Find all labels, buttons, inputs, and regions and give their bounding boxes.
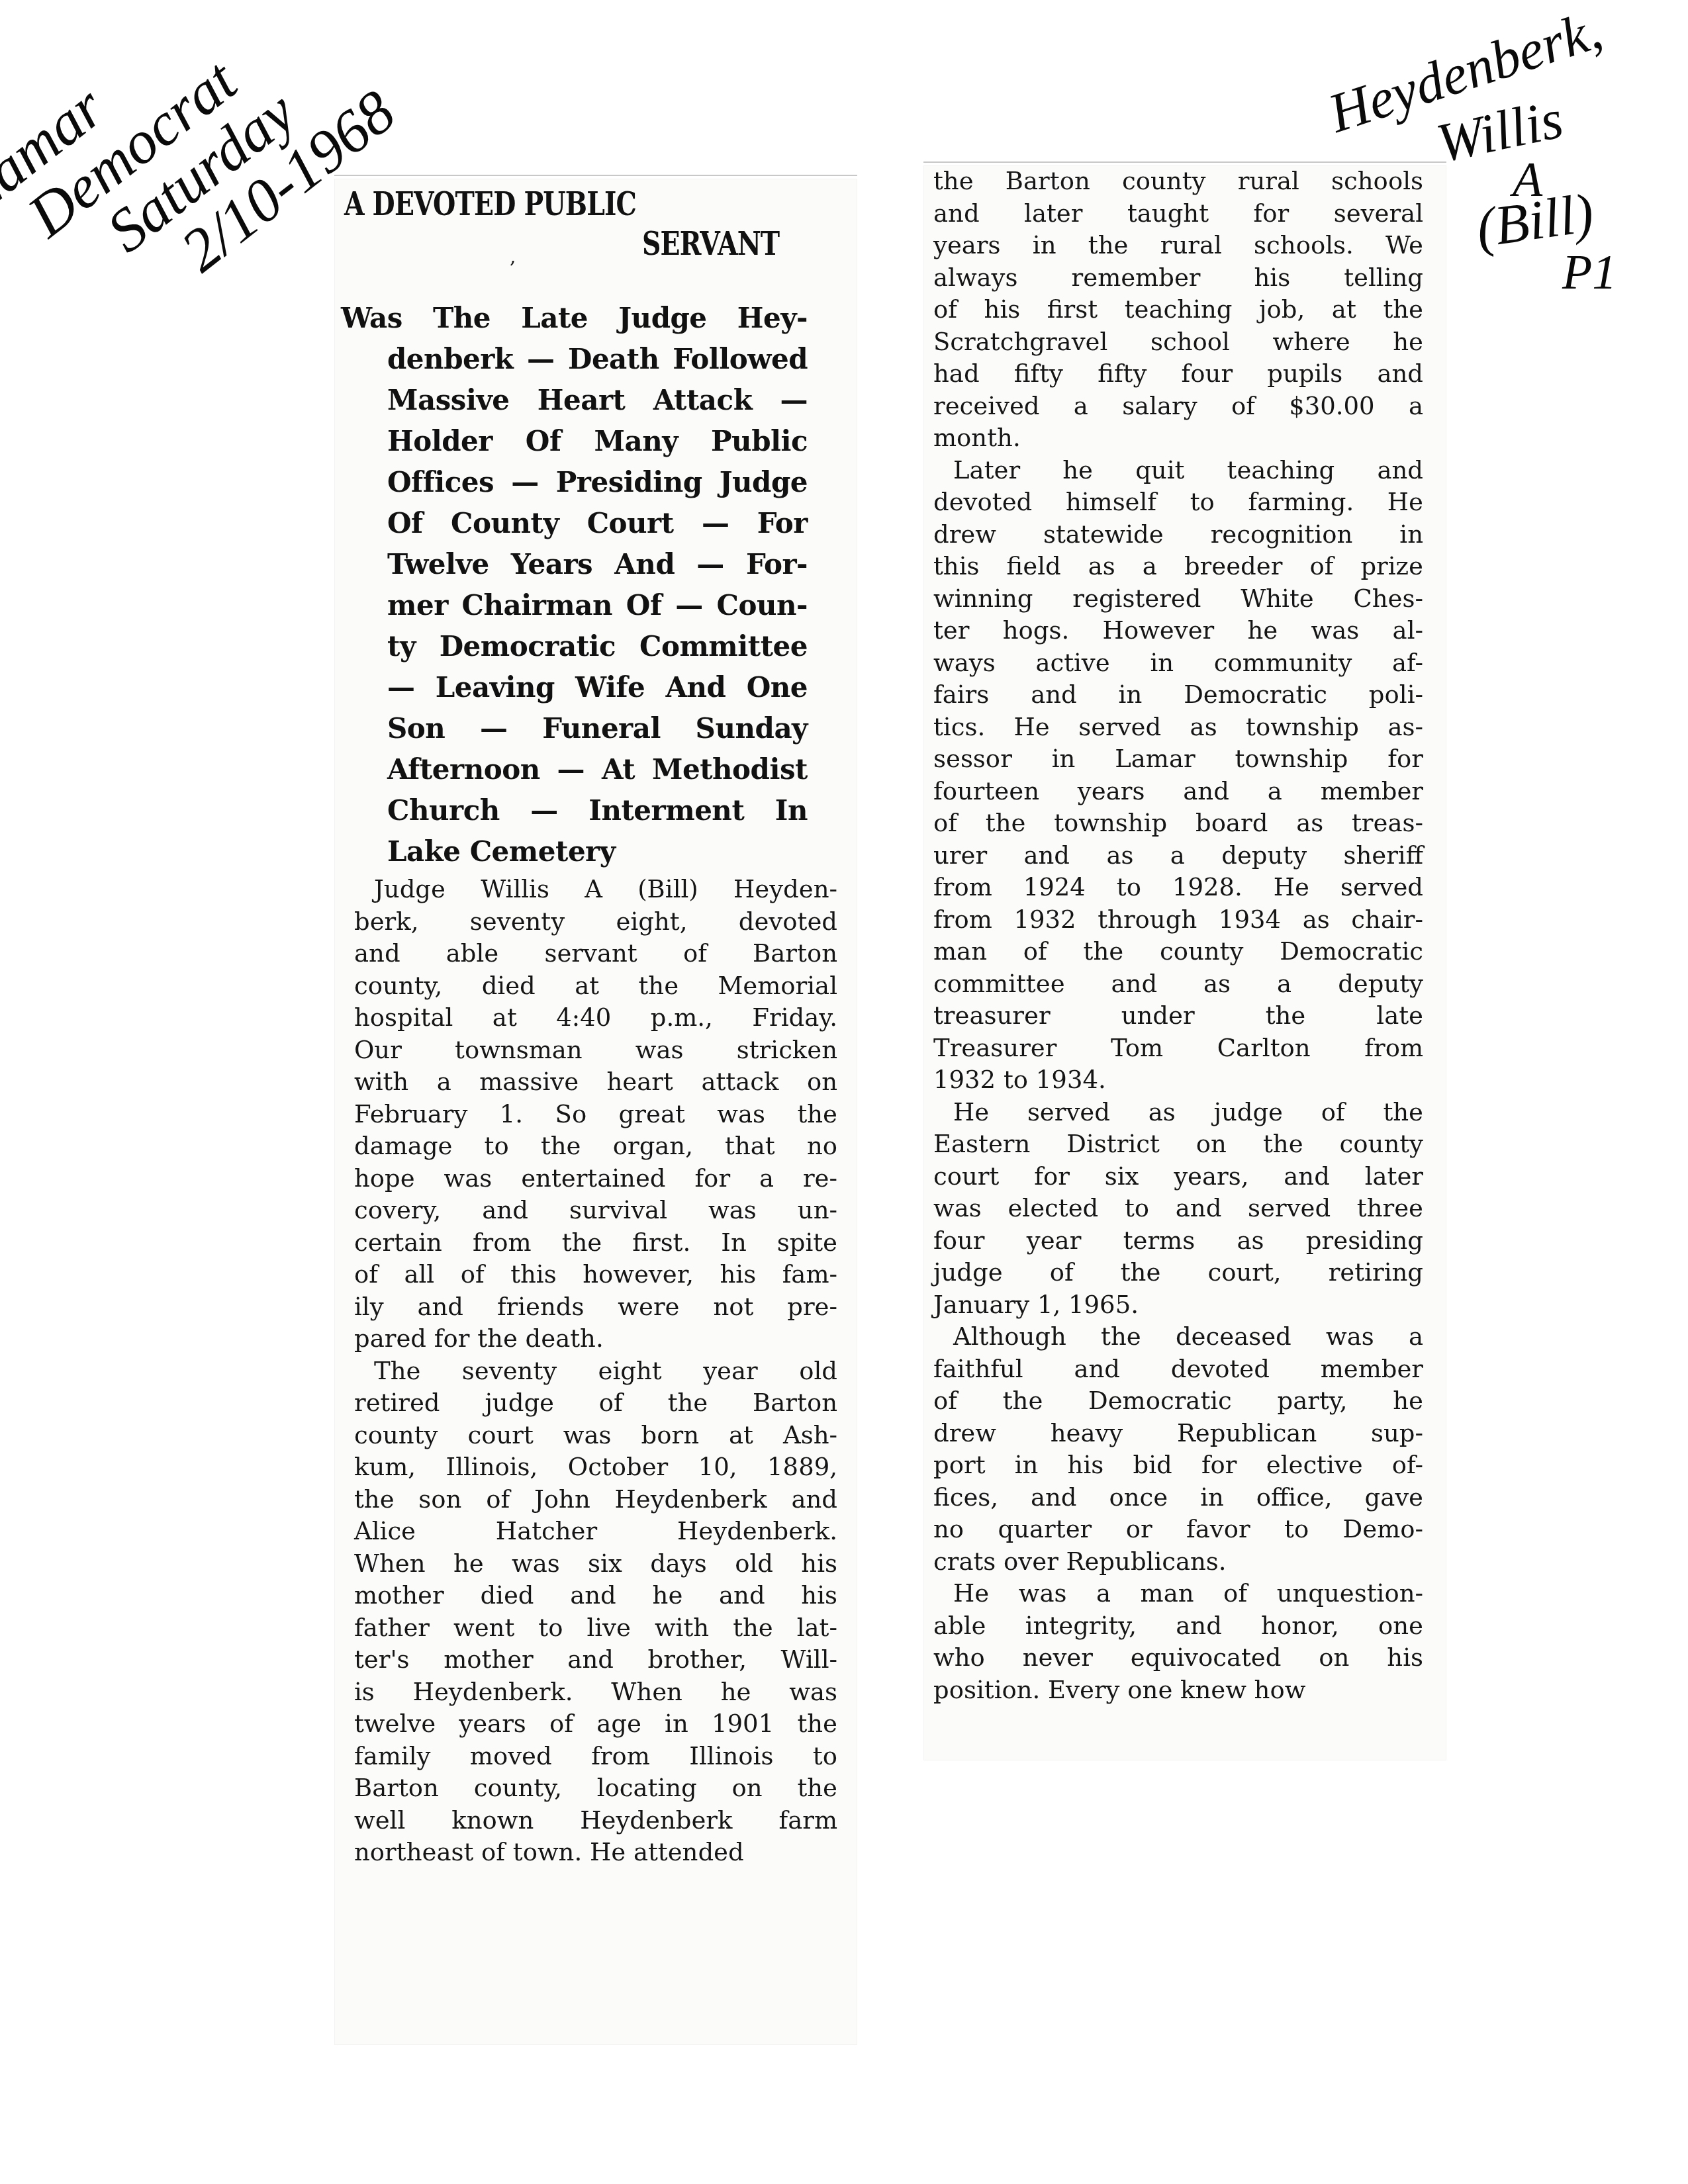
subheadline-deck: Was The Late Judge Hey-denberk — Death F…: [387, 298, 808, 872]
article-text-line: Judge Willis A (Bill) Heyden-: [354, 874, 837, 906]
deck-line: Lake Cemetery: [387, 831, 808, 872]
article-text-line: family moved from Illinois to: [354, 1741, 837, 1773]
article-text-line: is Heydenberk. When he was: [354, 1676, 837, 1709]
deck-line: Holder Of Many Public: [387, 421, 808, 462]
article-text-line: from 1932 through 1934 as chair-: [933, 904, 1423, 936]
handwritten-line: P1: [1562, 245, 1617, 301]
article-text-line: had fifty fifty four pupils and: [933, 358, 1423, 390]
article-text-line: urer and as a deputy sheriff: [933, 840, 1423, 872]
article-text-line: hospital at 4:40 p.m., Friday.: [354, 1002, 837, 1034]
article-text-line: northeast of town. He attended: [354, 1837, 837, 1869]
article-text-line: of his first teaching job, at the: [933, 294, 1423, 326]
article-text-line: berk, seventy eight, devoted: [354, 906, 837, 938]
article-text-line: covery, and survival was un-: [354, 1195, 837, 1227]
article-text-line: Alice Hatcher Heydenberk.: [354, 1516, 837, 1548]
article-text-line: certain from the first. In spite: [354, 1227, 837, 1259]
article-text-line: and able servant of Barton: [354, 938, 837, 970]
article-text-line: crats over Republicans.: [933, 1546, 1423, 1578]
article-text-line: court for six years, and later: [933, 1161, 1423, 1193]
article-text-line: Treasurer Tom Carlton from: [933, 1032, 1423, 1065]
deck-line: Afternoon — At Methodist: [387, 749, 808, 790]
article-text-line: who never equivocated on his: [933, 1642, 1423, 1674]
article-text-line: mother died and he and his: [354, 1580, 837, 1612]
article-text-line: judge of the court, retiring: [933, 1257, 1423, 1289]
article-text-line: He served as judge of the: [933, 1097, 1423, 1129]
article-text-line: twelve years of age in 1901 the: [354, 1708, 837, 1741]
article-text-line: from 1924 to 1928. He served: [933, 872, 1423, 904]
article-text-line: this field as a breeder of prize: [933, 551, 1423, 583]
article-body-column-2: the Barton county rural schoolsand later…: [933, 165, 1423, 1706]
article-text-line: When he was six days old his: [354, 1548, 837, 1580]
deck-line: denberk — Death Followed: [387, 339, 808, 380]
article-text-line: Barton county, locating on the: [354, 1772, 837, 1805]
article-text-line: no quarter or favor to Demo-: [933, 1514, 1423, 1546]
article-text-line: winning registered White Ches-: [933, 583, 1423, 615]
article-text-line: drew heavy Republican sup-: [933, 1418, 1423, 1450]
article-text-line: He was a man of unquestion-: [933, 1578, 1423, 1610]
article-text-line: and later taught for several: [933, 198, 1423, 230]
article-text-line: treasurer under the late: [933, 1000, 1423, 1032]
article-text-line: received a salary of $30.00 a: [933, 390, 1423, 423]
article-text-line: man of the county Democratic: [933, 936, 1423, 968]
article-text-line: sessor in Lamar township for: [933, 743, 1423, 776]
headline-line-2: SERVANT: [642, 225, 779, 263]
article-text-line: hope was entertained for a re-: [354, 1163, 837, 1195]
article-text-line: father went to live with the lat-: [354, 1612, 837, 1645]
article-text-line: county court was born at Ash-: [354, 1420, 837, 1452]
article-text-line: kum, Illinois, October 10, 1889,: [354, 1451, 837, 1484]
article-text-line: fairs and in Democratic poli-: [933, 679, 1423, 711]
deck-line: ty Democratic Committee: [387, 626, 808, 667]
article-text-line: with a massive heart attack on: [354, 1066, 837, 1099]
article-text-line: well known Heydenberk farm: [354, 1805, 837, 1837]
article-clipping-right: the Barton county rural schoolsand later…: [923, 165, 1446, 1760]
article-text-line: committee and as a deputy: [933, 968, 1423, 1001]
article-text-line: ways active in community af-: [933, 647, 1423, 680]
article-text-line: damage to the organ, that no: [354, 1130, 837, 1163]
deck-line: Was The Late Judge Hey-: [341, 298, 808, 339]
article-text-line: February 1. So great was the: [354, 1099, 837, 1131]
article-text-line: 1932 to 1934.: [933, 1064, 1423, 1097]
article-text-line: The seventy eight year old: [354, 1355, 837, 1388]
article-text-line: fices, and once in office, gave: [933, 1482, 1423, 1514]
deck-line: — Leaving Wife And One: [387, 667, 808, 708]
article-text-line: the son of John Heydenberk and: [354, 1484, 837, 1516]
article-text-line: port in his bid for elective of-: [933, 1449, 1423, 1482]
article-text-line: of the township board as treas-: [933, 807, 1423, 840]
deck-line: Of County Court — For: [387, 503, 808, 544]
article-text-line: Scratchgravel school where he: [933, 326, 1423, 359]
deck-line: Church — Interment In: [387, 790, 808, 831]
article-text-line: January 1, 1965.: [933, 1289, 1423, 1322]
article-text-line: month.: [933, 422, 1423, 455]
article-text-line: retired judge of the Barton: [354, 1387, 837, 1420]
article-text-line: ter hogs. However he was al-: [933, 615, 1423, 647]
article-text-line: Although the deceased was a: [933, 1321, 1423, 1353]
article-text-line: Our townsman was stricken: [354, 1034, 837, 1067]
deck-line: Massive Heart Attack —: [387, 380, 808, 421]
article-text-line: four year terms as presiding: [933, 1225, 1423, 1257]
article-text-line: Eastern District on the county: [933, 1128, 1423, 1161]
article-text-line: the Barton county rural schools: [933, 165, 1423, 198]
article-text-line: pared for the death.: [354, 1323, 837, 1355]
article-text-line: faithful and devoted member: [933, 1353, 1423, 1386]
deck-line: Offices — Presiding Judge: [387, 462, 808, 503]
article-text-line: able integrity, and honor, one: [933, 1610, 1423, 1643]
article-text-line: always remember his telling: [933, 262, 1423, 295]
article-text-line: of all of this however, his fam-: [354, 1259, 837, 1291]
article-clipping-left: A DEVOTED PUBLIC SERVANT , Was The Late …: [334, 179, 857, 2045]
article-text-line: ily and friends were not pre-: [354, 1291, 837, 1324]
article-text-line: position. Every one knew how: [933, 1674, 1423, 1707]
article-text-line: Later he quit teaching and: [933, 455, 1423, 487]
article-text-line: fourteen years and a member: [933, 776, 1423, 808]
headline-line-1: A DEVOTED PUBLIC: [344, 185, 636, 224]
article-text-line: of the Democratic party, he: [933, 1385, 1423, 1418]
deck-line: mer Chairman Of — Coun-: [387, 585, 808, 626]
article-text-line: devoted himself to farming. He: [933, 486, 1423, 519]
article-text-line: tics. He served as township as-: [933, 711, 1423, 744]
article-text-line: was elected to and served three: [933, 1193, 1423, 1225]
comma-mark: ,: [510, 245, 516, 268]
deck-line: Twelve Years And — For-: [387, 544, 808, 585]
article-text-line: county, died at the Memorial: [354, 970, 837, 1003]
article-text-line: drew statewide recognition in: [933, 519, 1423, 551]
article-body-column-1: Judge Willis A (Bill) Heyden-berk, seven…: [354, 874, 837, 1869]
deck-line: Son — Funeral Sunday: [387, 708, 808, 749]
article-text-line: years in the rural schools. We: [933, 230, 1423, 262]
article-text-line: ter's mother and brother, Will-: [354, 1644, 837, 1676]
